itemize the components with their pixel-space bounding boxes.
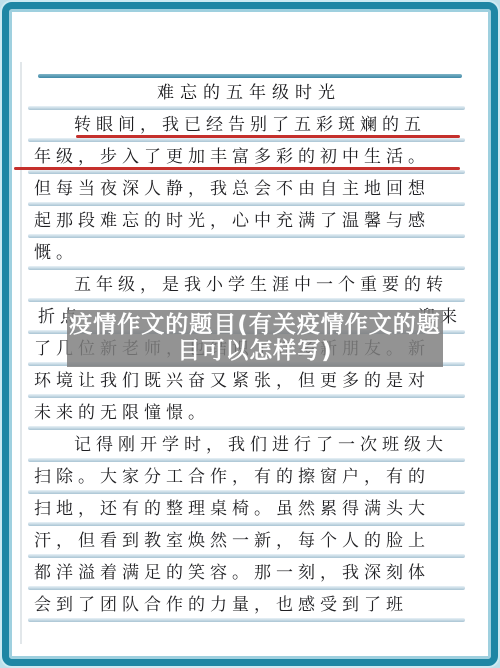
essay-line: 汗，但看到教室焕然一新，每个人的脸上 bbox=[34, 526, 464, 558]
essay-line: 未来的无限憧憬。 bbox=[34, 398, 464, 430]
essay-line: 慨。 bbox=[34, 238, 464, 270]
handwritten-text: 未来的无限憧憬。 bbox=[34, 404, 464, 423]
handwritten-text: 扫地，还有的整理桌椅。虽然累得满头大 bbox=[34, 500, 464, 519]
photo-frame: 难忘的五年级时光 转眼间，我已经告别了五彩斑斓的五年级，步入了更加丰富多彩的初中… bbox=[2, 2, 498, 666]
essay-title: 难忘的五年级时光 bbox=[34, 84, 464, 103]
red-underline bbox=[76, 135, 460, 138]
handwritten-text: 环境让我们既兴奋又紧张，但更多的是对 bbox=[34, 372, 464, 391]
essay-line: 扫地，还有的整理桌椅。虽然累得满头大 bbox=[34, 494, 464, 526]
handwritten-text: 都洋溢着满足的笑容。那一刻，我深刻体 bbox=[34, 564, 464, 583]
handwritten-text: 年级，步入了更加丰富多彩的初中生活。 bbox=[34, 148, 464, 167]
essay-line: 起那段难忘的时光，心中充满了温馨与感 bbox=[34, 206, 464, 238]
essay-line: 都洋溢着满足的笑容。那一刻，我深刻体 bbox=[34, 558, 464, 590]
caption-overlay: 疫情作文的题目(有关疫情作文的题目可以怎样写) bbox=[67, 310, 443, 367]
left-margin-line bbox=[20, 62, 22, 644]
essay-line: 记得刚开学时，我们进行了一次班级大 bbox=[34, 430, 464, 462]
handwritten-text: 五年级，是我小学生涯中一个重要的转 bbox=[34, 276, 464, 295]
essay-line: 扫除。大家分工合作，有的擦窗户，有的 bbox=[34, 462, 464, 494]
essay-line: 转眼间，我已经告别了五彩斑斓的五 bbox=[34, 110, 464, 142]
essay-line: 环境让我们既兴奋又紧张，但更多的是对 bbox=[34, 366, 464, 398]
handwritten-text: 会到了团队合作的力量，也感受到了班 bbox=[34, 596, 464, 615]
essay-line: 但每当夜深人静，我总会不由自主地回想 bbox=[34, 174, 464, 206]
handwritten-text: 起那段难忘的时光，心中充满了温馨与感 bbox=[34, 212, 464, 231]
essay-line: 五年级，是我小学生涯中一个重要的转 bbox=[34, 270, 464, 302]
red-underline bbox=[14, 167, 460, 170]
handwritten-text: 转眼间，我已经告别了五彩斑斓的五 bbox=[34, 116, 464, 135]
handwritten-text: 扫除。大家分工合作，有的擦窗户，有的 bbox=[34, 468, 464, 487]
handwritten-text: 记得刚开学时，我们进行了一次班级大 bbox=[34, 436, 464, 455]
handwritten-text: 汗，但看到教室焕然一新，每个人的脸上 bbox=[34, 532, 464, 551]
essay-title-row: 难忘的五年级时光 bbox=[34, 78, 464, 110]
handwritten-text: 慨。 bbox=[34, 244, 464, 263]
caption-text: 疫情作文的题目(有关疫情作文的题目可以怎样写) bbox=[69, 312, 441, 364]
ruled-line bbox=[28, 618, 465, 622]
handwritten-text: 但每当夜深人静，我总会不由自主地回想 bbox=[34, 180, 464, 199]
essay-line: 会到了团队合作的力量，也感受到了班 bbox=[34, 590, 464, 622]
essay-line: 年级，步入了更加丰富多彩的初中生活。 bbox=[34, 142, 464, 174]
